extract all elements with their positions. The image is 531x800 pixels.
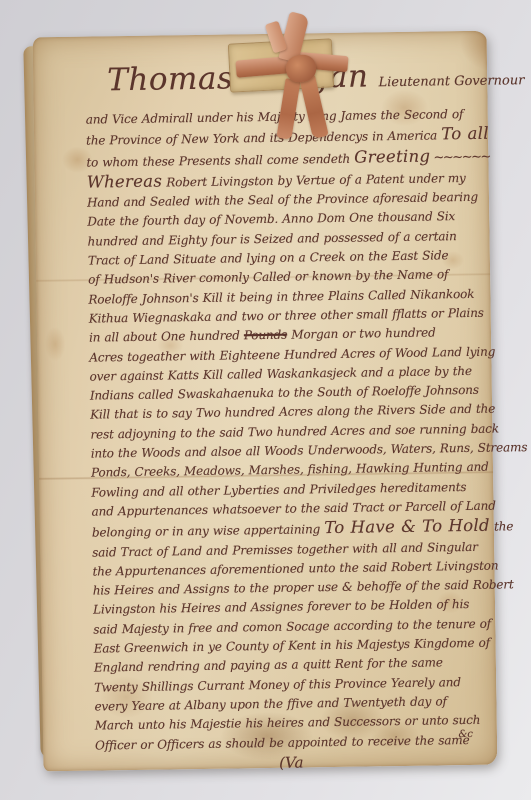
etc-flourish: &c [458, 729, 473, 740]
manuscript-lines: and Vice Admirall under his Majesty King… [86, 105, 488, 756]
manuscript-text: Thomas Dongan Lieutenant Governour and V… [85, 57, 488, 775]
manuscript-heading: Thomas Dongan Lieutenant Governour [85, 57, 478, 111]
heading-name: Thomas Dongan [107, 58, 369, 98]
heading-suffix: Lieutenant Governour [378, 73, 524, 90]
notary-flourish: (Va [279, 753, 304, 771]
photo-backdrop: Thomas Dongan Lieutenant Governour and V… [0, 0, 531, 800]
manuscript-page: Thomas Dongan Lieutenant Governour and V… [33, 31, 498, 772]
